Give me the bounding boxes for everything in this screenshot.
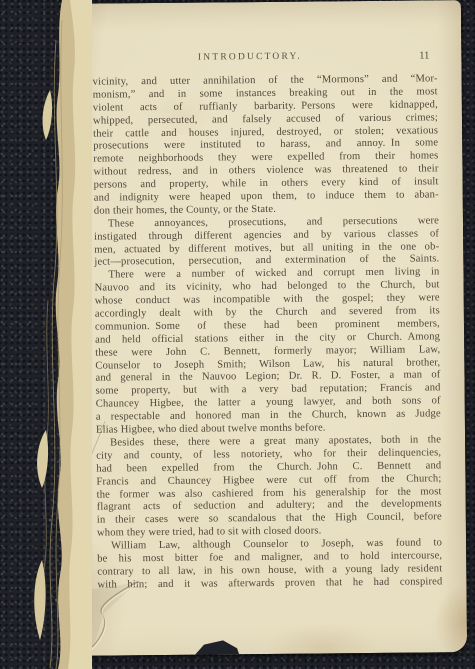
binding-thread: [50, 40, 57, 668]
frayed-binding-edge: [32, 0, 92, 669]
running-header-title: INTRODUCTORY.: [92, 50, 437, 64]
paragraph: William Law, although Counselor to Josep…: [97, 537, 442, 592]
thread-tuft: [43, 90, 53, 140]
thread-tuft: [37, 430, 48, 488]
paper-speck: [55, 599, 57, 601]
paragraph: These annoyances, prosecutions, and pers…: [94, 215, 439, 270]
paragraph: There were a number of wicked and corrup…: [94, 267, 441, 438]
paper-speck: [53, 159, 55, 161]
book-page: INTRODUCTORY. 11 vicinity, and utter ann…: [61, 0, 467, 656]
bottom-edge-notch: [195, 640, 239, 654]
paper-speck: [49, 519, 51, 521]
thread-tuft: [34, 560, 45, 640]
photo-of-book-on-carpet: { "header": { "title": "INTRODUCTORY.", …: [0, 0, 475, 669]
running-header: INTRODUCTORY. 11: [92, 50, 437, 64]
page-content: INTRODUCTORY. 11 vicinity, and utter ann…: [92, 50, 442, 592]
paper-speck: [57, 339, 59, 341]
paragraph: Besides these, there were a great many a…: [96, 434, 442, 540]
paragraph: vicinity, and utter annihilation of the …: [93, 73, 439, 218]
page-number: 11: [419, 50, 429, 61]
page-body-text: vicinity, and utter annihilation of the …: [93, 73, 443, 592]
text-line: with him; and it was afterwards proven t…: [97, 576, 442, 592]
